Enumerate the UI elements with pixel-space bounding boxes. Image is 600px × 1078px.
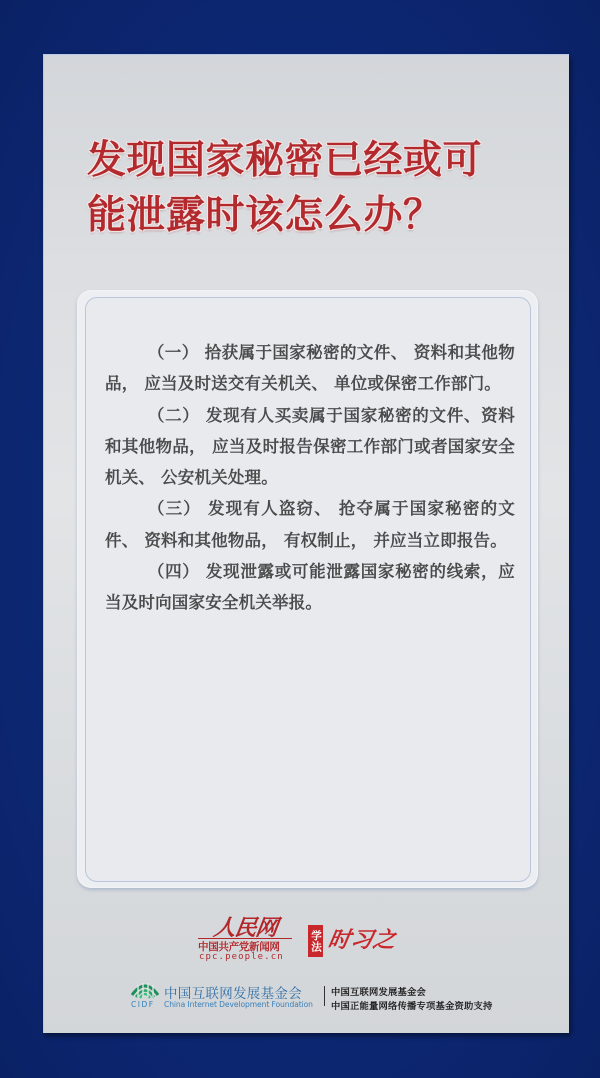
paragraph-4: （四） 发现泄露或可能泄露国家秘密的线索，应当及时向国家安全机关举报。 <box>105 556 515 619</box>
cidf-abbr: CIDF <box>131 1000 155 1009</box>
people-daily-logo: 人民网 中国共产党新闻网 cpc.people.cn <box>198 915 292 965</box>
paragraph-1: （一） 拾获属于国家秘密的文件、 资料和其他物品， 应当及时送交有关机关、 单位… <box>105 337 515 400</box>
support-text-line-1: 中国互联网发展基金会 <box>331 984 426 998</box>
shixizhi-text: 时习之 <box>325 925 398 957</box>
footer-sponsor: CIDF 中国互联网发展基金会 China Internet Developme… <box>128 981 518 1011</box>
paragraph-3: （三） 发现有人盗窃、 抢夺属于国家秘密的文件、 资料和其他物品， 有权制止， … <box>105 493 515 556</box>
footer-divider <box>324 986 325 1006</box>
people-logo-url: cpc.people.cn <box>199 952 293 962</box>
title-line-1: 发现国家秘密已经或可 <box>87 133 547 188</box>
poster-title: 发现国家秘密已经或可 能泄露时该怎么办？ <box>87 133 547 243</box>
cidf-name-en: China Internet Development Foundation <box>164 1000 313 1009</box>
paragraph-2: （二） 发现有人买卖属于国家秘密的文件、资料和其他物品， 应当及时报告保密工作部… <box>105 400 515 494</box>
cidf-name-cn: 中国互联网发展基金会 <box>164 982 302 1002</box>
xuefa-shixizhi-logo: 学法 时习之 <box>308 925 428 959</box>
footer-logos: 人民网 中国共产党新闻网 cpc.people.cn 学法 时习之 <box>198 915 428 965</box>
content-text: （一） 拾获属于国家秘密的文件、 资料和其他物品， 应当及时送交有关机关、 单位… <box>105 337 515 619</box>
title-line-2: 能泄露时该怎么办？ <box>87 188 547 243</box>
support-text-line-2: 中国正能量网络传播专项基金资助支持 <box>331 998 492 1012</box>
xuefa-badge: 学法 <box>308 925 323 957</box>
cidf-logo-icon <box>130 981 160 999</box>
